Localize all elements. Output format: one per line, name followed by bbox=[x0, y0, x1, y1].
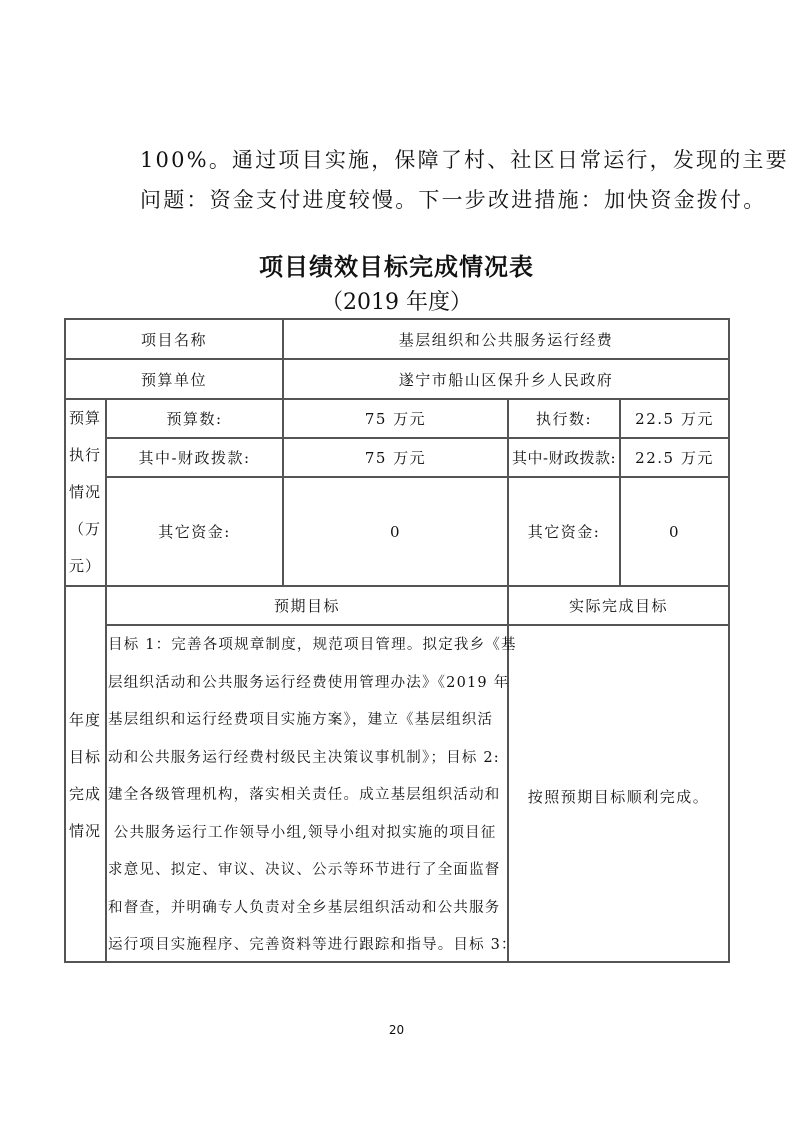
actual-goals-header: 实际完成目标 bbox=[509, 587, 728, 624]
page-number: 20 bbox=[0, 1023, 793, 1037]
budget-value: 75 万元 bbox=[284, 439, 507, 476]
budget-unit-label: 预算单位 bbox=[66, 360, 282, 398]
budget-label: 预算数: bbox=[107, 400, 282, 437]
expected-goals-header: 预期目标 bbox=[107, 587, 507, 624]
exec-value: 0 bbox=[621, 478, 728, 585]
budget-label: 其中-财政拨款: bbox=[107, 439, 282, 476]
exec-label: 其它资金: bbox=[509, 478, 619, 585]
project-name-value: 基层组织和公共服务运行经费 bbox=[284, 320, 728, 358]
budget-value: 0 bbox=[284, 478, 507, 585]
exec-value: 22.5 万元 bbox=[621, 400, 728, 437]
budget-unit-value: 遂宁市船山区保升乡人民政府 bbox=[284, 360, 728, 398]
project-name-label: 项目名称 bbox=[66, 320, 282, 358]
budget-label: 其它资金: bbox=[107, 478, 282, 585]
budget-value: 75 万元 bbox=[284, 400, 507, 437]
exec-value: 22.5 万元 bbox=[621, 439, 728, 476]
exec-label: 其中-财政拨款: bbox=[509, 439, 619, 476]
actual-goals-value: 按照预期目标顺利完成。 bbox=[509, 778, 728, 814]
exec-label: 执行数: bbox=[509, 400, 619, 437]
expected-goals-text: 目标 1：完善各项规章制度，规范项目管理。拟定我乡《基 层组织活动和公共服务运行… bbox=[108, 627, 508, 965]
